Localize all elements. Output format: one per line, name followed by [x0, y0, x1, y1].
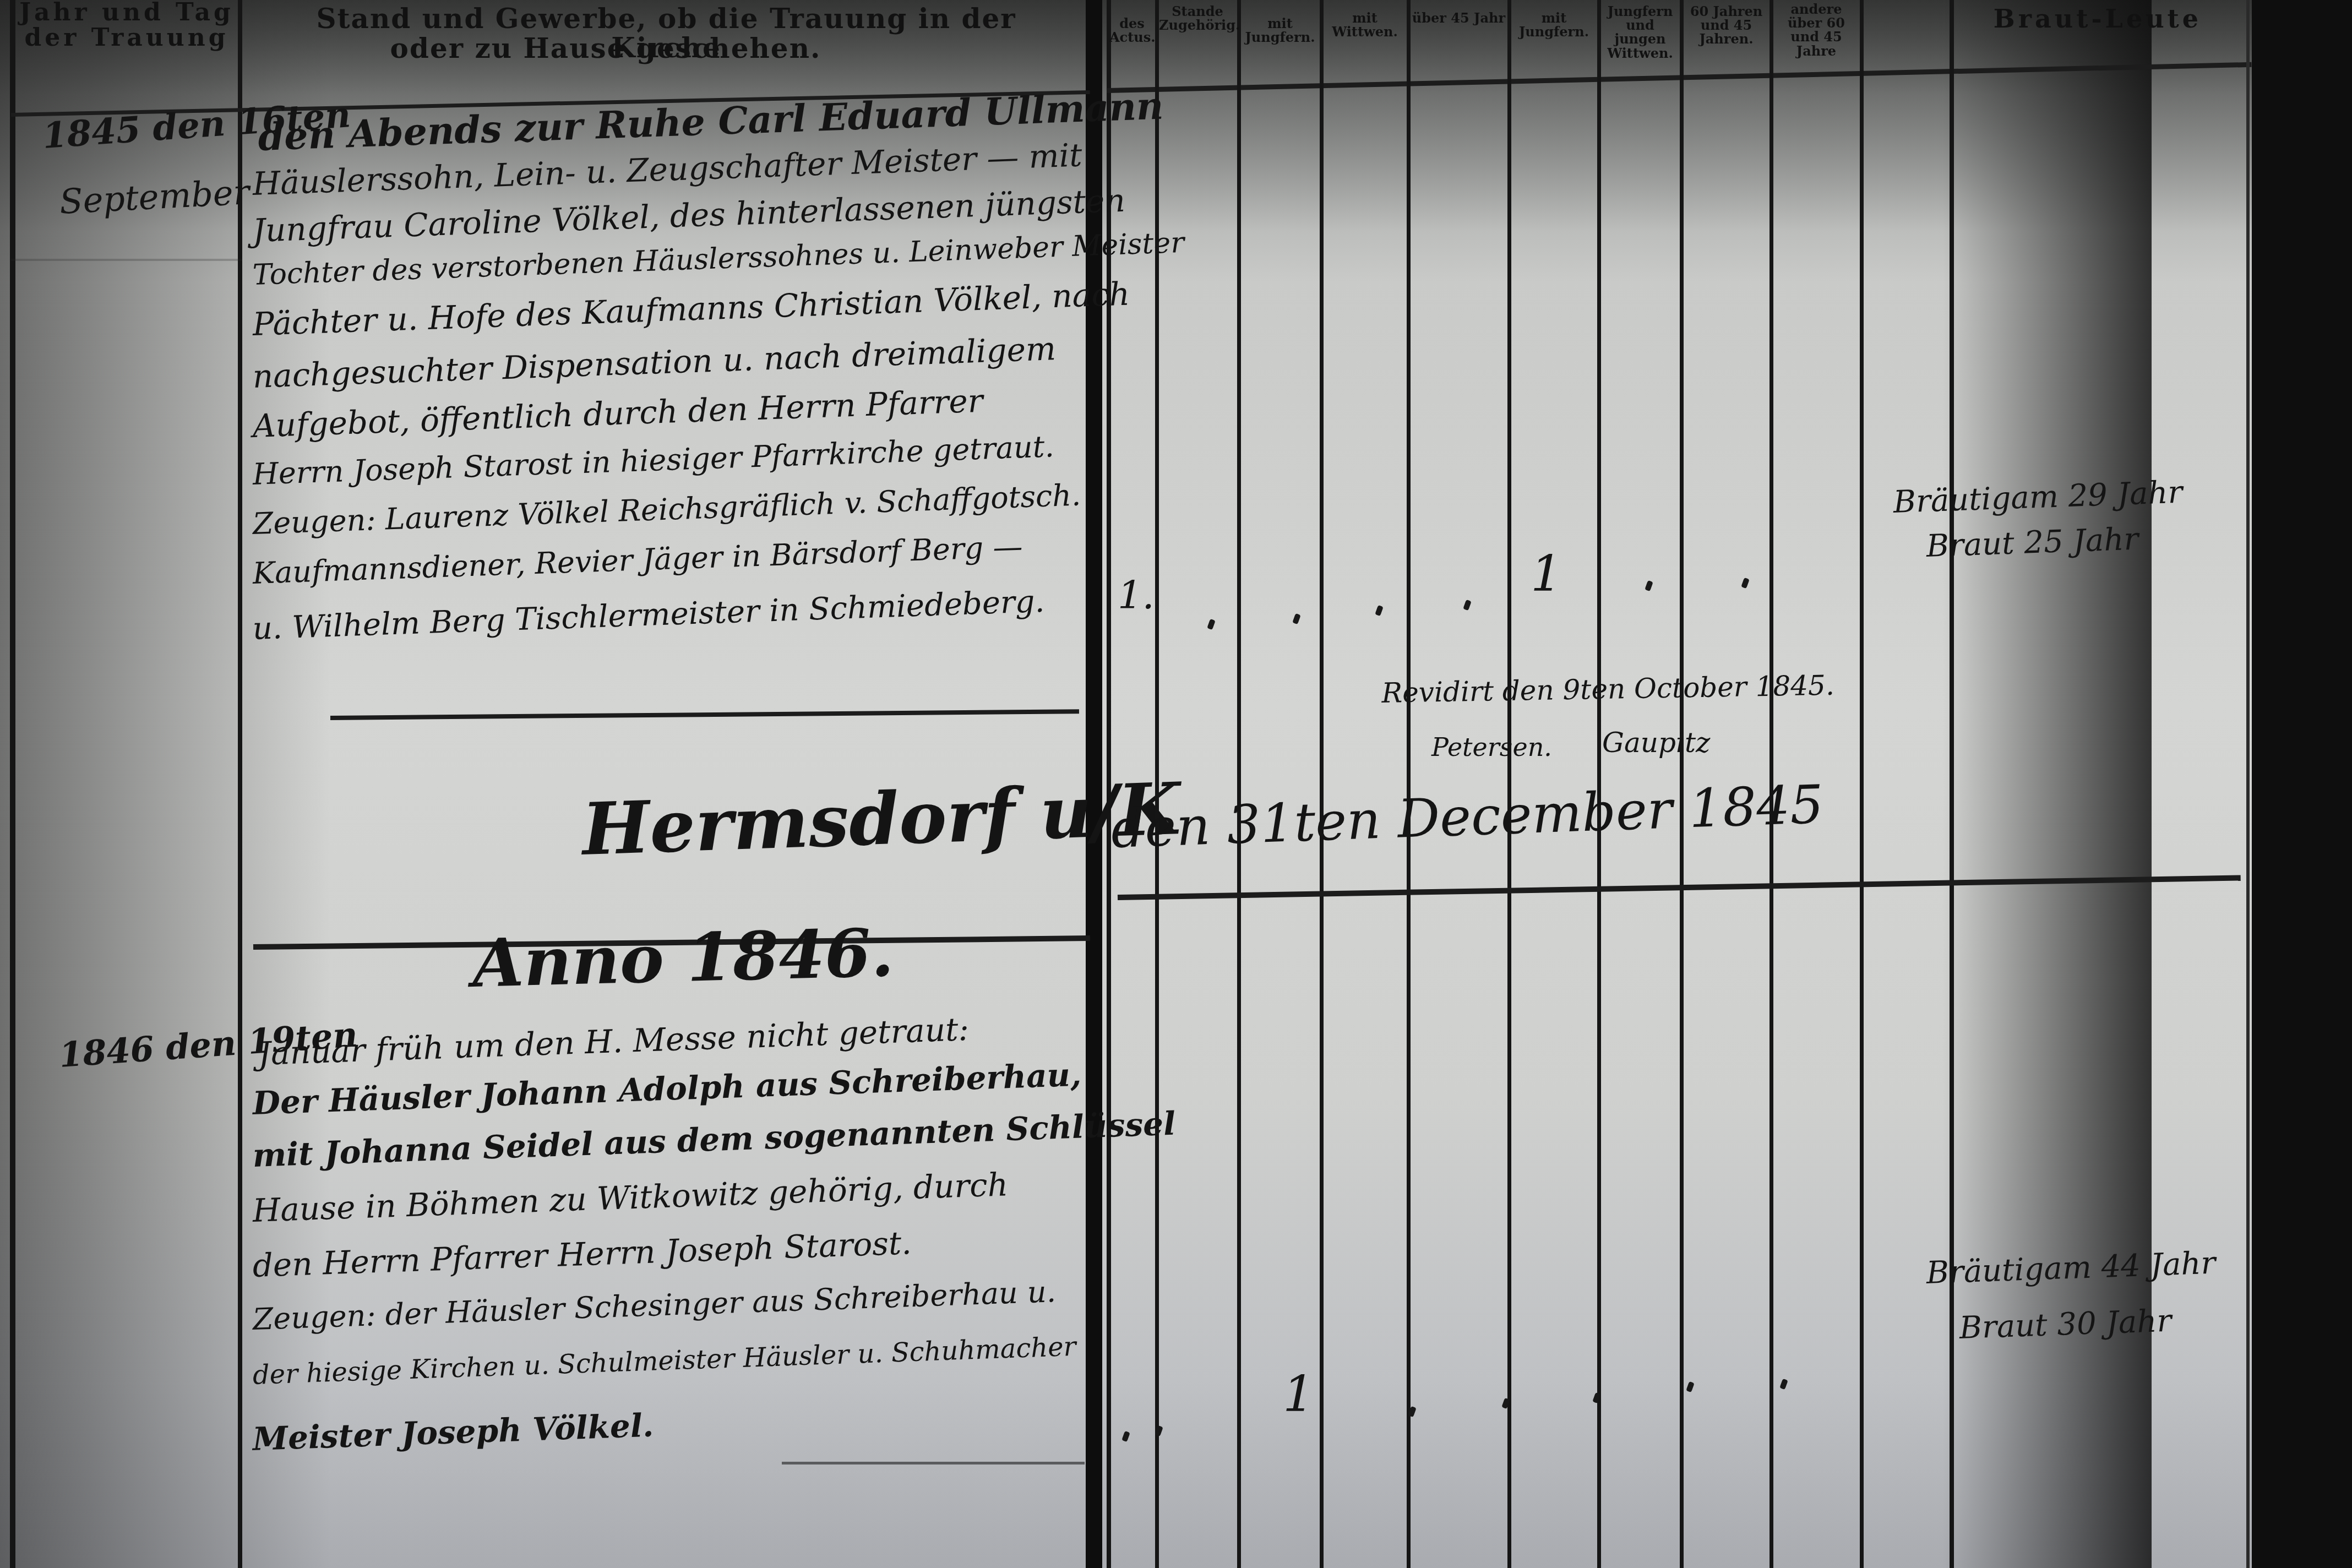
entry2-tally-dot	[1686, 1381, 1695, 1392]
entry1-end-rule	[330, 709, 1079, 720]
col-header-andere: andere über 60 und 45 Jahre	[1773, 2, 1859, 58]
col-line	[1237, 0, 1241, 1568]
col-header-braut-leute: Braut-Leute	[1960, 6, 2235, 32]
col-line	[1950, 0, 1954, 1568]
closing-date: den 31ten December 1845	[1110, 774, 1825, 860]
entry2-tally-mark: 1	[1283, 1365, 1314, 1423]
date-column-header: Jahr und Tag der Trauung	[17, 0, 237, 51]
entry2-tally-dot	[1121, 1431, 1130, 1442]
entry2-text-line: Hause in Böhmen zu Witkowitz gehörig, du…	[252, 1166, 1009, 1229]
details-column-header-line2: oder zu Hause geschehen.	[385, 34, 826, 63]
entry2-end-rule	[782, 1462, 1085, 1464]
col-header-mit-wittwen: mit Wittwen.	[1324, 11, 1406, 39]
col-header-mit-jungfern-1: mit Jungfern.	[1241, 17, 1319, 44]
left-page-border	[10, 0, 15, 1568]
entry1-tally-dot	[1207, 619, 1216, 630]
entry1-text-line: Kaufmannsdiener, Revier Jäger in Bärsdor…	[252, 529, 1023, 591]
entry1-tally-dot	[1375, 605, 1384, 616]
col-header-actus: des Actus.	[1109, 17, 1155, 44]
col-line	[1155, 0, 1159, 1568]
col-line	[1320, 0, 1324, 1568]
revision-signer-1: Petersen.	[1431, 732, 1552, 762]
col-header-stande: Stande Zugehörig.	[1159, 4, 1236, 32]
entry2-text-line: den Herrn Pfarrer Herrn Joseph Starost.	[252, 1224, 912, 1284]
date-column-divider	[238, 0, 242, 1568]
entry2-tally-dot	[1779, 1379, 1788, 1390]
col-header-ueber-45: über 45 Jahr	[1411, 11, 1507, 25]
entry1-top-rule	[11, 259, 242, 261]
revision-signer-2: Gaupitz	[1602, 727, 1710, 759]
col-line	[1407, 0, 1411, 1568]
entry1-tally-actus: 1.	[1118, 573, 1155, 618]
entry1-bride-age: Braut 25 Jahr	[1926, 521, 2139, 564]
entry2-text-line: der hiesige Kirchen u. Schulmeister Häus…	[252, 1331, 1076, 1391]
entry1-tally-dot	[1741, 578, 1750, 589]
entry2-text-line: Zeugen: der Häusler Schesinger aus Schre…	[252, 1274, 1057, 1337]
entry1-text-line: u. Wilhelm Berg Tischlermeister in Schmi…	[252, 584, 1046, 647]
col-line	[2246, 0, 2250, 1568]
entry1-tally-dot	[1292, 613, 1301, 624]
col-header-jungfern-wittwen: Jungfern und jungen Wittwen.	[1601, 4, 1679, 60]
entry1-tally-dot	[1645, 580, 1653, 591]
register-page-photo: Jahr und Tag der Trauung Stand und Gewer…	[0, 0, 2252, 1568]
revision-note: Revidirt den 9ten October 1845.	[1381, 669, 1834, 709]
col-line	[1860, 0, 1864, 1568]
entry1-tally-dot	[1463, 600, 1472, 611]
year-heading: Anno 1846.	[471, 914, 895, 1003]
col-header-mit-jungfern-2: mit Jungfern.	[1511, 11, 1597, 39]
entry2-bride-age: Braut 30 Jahr	[1959, 1303, 2172, 1346]
entry1-tally-mark: 1	[1531, 545, 1562, 603]
col-header-60-45: 60 Jahren und 45 Jahren.	[1684, 4, 1769, 46]
